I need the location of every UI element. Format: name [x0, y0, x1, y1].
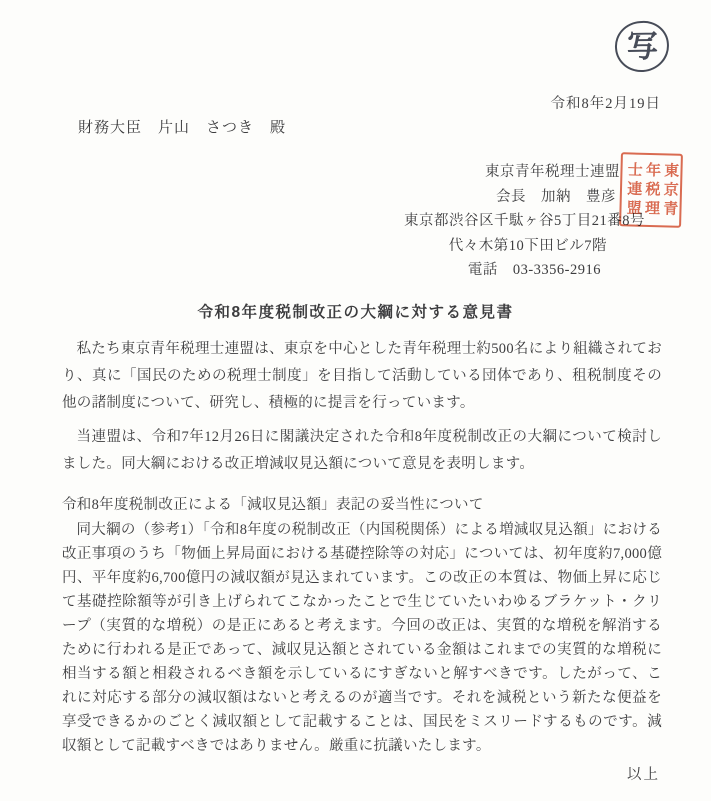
document-body: 私たち東京青年税理士連盟は、東京を中心とした青年税理士約500名により組織されて…: [62, 336, 662, 787]
document-title: 令和8年度税制改正の大綱に対する意見書: [0, 300, 711, 322]
paragraph-review: 当連盟は、令和7年12月26日に閣議決定された令和8年度税制改正の大綱について検…: [62, 424, 662, 478]
date-line: 令和8年2月19日: [551, 92, 662, 113]
sender-organization: 東京青年税理士連盟: [404, 160, 645, 185]
sender-representative: 会長 加納 豊彦: [404, 185, 645, 210]
sender-block: 東京青年税理士連盟 会長 加納 豊彦 東京都渋谷区千駄ヶ谷5丁目21番8号 代々…: [404, 160, 645, 283]
sender-address-line1: 東京都渋谷区千駄ヶ谷5丁目21番8号: [404, 209, 645, 234]
paragraph-opinion: 同大綱の（参考1）「令和8年度の税制改正（内国税関係）による増減収見込額」におけ…: [62, 518, 662, 758]
organization-seal-column: 東京青: [661, 162, 677, 219]
copy-stamp: 写: [613, 19, 670, 74]
copy-stamp-character: 写: [626, 31, 658, 63]
organization-seal: 東京青 年税理 士連盟: [619, 152, 683, 228]
organization-seal-column: 年税理: [643, 161, 659, 218]
document-page: 写 令和8年2月19日 財務大臣 片山 さつき 殿 東京青年税理士連盟 会長 加…: [0, 0, 711, 801]
paragraph-introduction: 私たち東京青年税理士連盟は、東京を中心とした青年税理士約500名により組織されて…: [62, 336, 662, 417]
organization-seal-column: 士連盟: [625, 161, 641, 218]
sender-address-line2: 代々木第10下田ビル7階: [404, 234, 645, 259]
section-heading: 令和8年度税制改正による「減収見込額」表記の妥当性について: [62, 492, 662, 518]
closing-word: 以上: [62, 763, 662, 787]
sender-phone: 電話 03-3356-2916: [404, 258, 645, 283]
recipient-line: 財務大臣 片山 さつき 殿: [78, 116, 286, 137]
